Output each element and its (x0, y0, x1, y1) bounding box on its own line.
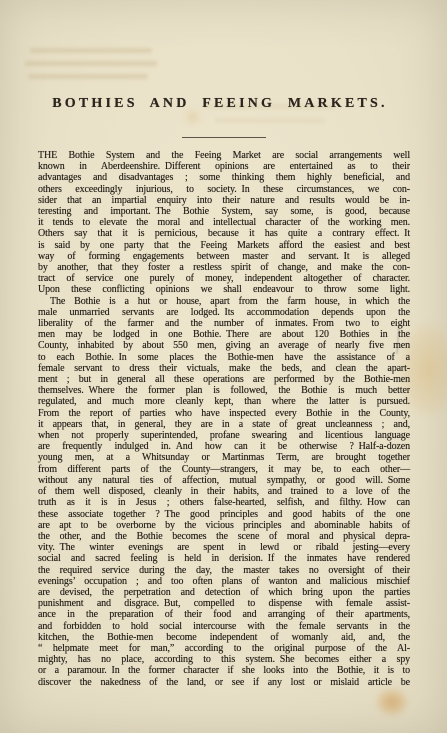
text-line: by another, that they foster a restless … (38, 262, 410, 273)
text-line: are apt to be overborne by the vicious p… (38, 520, 410, 531)
text-line: ment ; but in general all these operatio… (38, 374, 410, 385)
text-line: The Bothie is a hut or house, apart from… (38, 296, 410, 307)
text-line: truth as it is in Jesus ; others false-h… (38, 497, 410, 508)
text-line: without any natural ties of affection, m… (38, 475, 410, 486)
text-line: are frequently indulged in. And how can … (38, 441, 410, 452)
body-text: THE Bothie System and the Feeing Market … (38, 150, 410, 688)
text-line: regulated, and much more cleanly kept, t… (38, 396, 410, 407)
text-line: to each Bothie. In some places the Bothi… (38, 352, 410, 363)
text-line: vity. The winter evenings are spent in l… (38, 542, 410, 553)
paper-stain (184, 109, 201, 125)
text-line: of them well disposed, cleanly in their … (38, 486, 410, 497)
paragraph: THE Bothie System and the Feeing Market … (38, 150, 410, 296)
text-line: when not properly superintended, profane… (38, 430, 410, 441)
text-line: liberality of the farmer and the number … (38, 318, 410, 329)
bleedthrough-smudge (215, 118, 325, 123)
text-line: teresting and important. The Bothie Syst… (38, 206, 410, 217)
text-line: advantages and disadvantages ; some thin… (38, 172, 410, 183)
bleedthrough-smudge (25, 61, 157, 66)
text-line: Upon these conflicting opinions we shall… (38, 284, 410, 295)
text-line: social and sacred feeling is held in der… (38, 553, 410, 564)
text-line: and forbidden to hold social intercourse… (38, 621, 410, 632)
text-line: way of forming engagements between maste… (38, 251, 410, 262)
text-line: the required service during the day, the… (38, 565, 410, 576)
text-line: sider that an impartial enquiry into the… (38, 195, 410, 206)
scanned-page-background: BOTHIES AND FEEING MARKETS. THE Bothie S… (0, 0, 447, 733)
text-line: “ helpmate meet for man,” according to t… (38, 643, 410, 654)
text-line: kitchen, the Bothie-men become independe… (38, 632, 410, 643)
text-line: known in Aberdeenshire. Different opinio… (38, 161, 410, 172)
text-line: men may be lodged in one Bothie. There a… (38, 329, 410, 340)
bleedthrough-smudge (28, 74, 148, 79)
paper-stain (376, 688, 408, 716)
text-line: male unmarried servants are lodged. Its … (38, 307, 410, 318)
bleedthrough-smudge (30, 48, 152, 53)
text-line: discover the nakedness of the land, or s… (38, 677, 410, 688)
text-line: themselves. Where the former plan is fol… (38, 385, 410, 396)
text-line: it appears that, in general, they are in… (38, 419, 410, 430)
text-line: mighty, has no place, according to this … (38, 654, 410, 665)
text-line: punishment and disgrace. But, compelled … (38, 598, 410, 609)
text-line: Others say that it is pernicious, becaus… (38, 228, 410, 239)
text-line: ance in the preparation of their food an… (38, 609, 410, 620)
text-line: from different parts of the County—stran… (38, 464, 410, 475)
text-line: THE Bothie System and the Feeing Market … (38, 150, 410, 161)
text-line: are devised, the perpetration and detect… (38, 587, 410, 598)
text-line: the other, and the Bothie becomes the sc… (38, 531, 410, 542)
page-title: BOTHIES AND FEEING MARKETS. (30, 96, 410, 111)
paragraph: The Bothie is a hut or house, apart from… (38, 296, 410, 688)
text-line: or a paramour. In the former character i… (38, 665, 410, 676)
text-line: young men, at a Whitsunday or Martinmas … (38, 452, 410, 463)
text-line: From the report of parties who have insp… (38, 408, 410, 419)
text-line: it tends to elevate the moral and intell… (38, 217, 410, 228)
text-line: female servant to dress their victuals, … (38, 363, 410, 374)
text-line: County, inhabited by about 550 men, givi… (38, 340, 410, 351)
title-rule (182, 137, 266, 138)
text-line: evenings’ occupation ; and too often pla… (38, 576, 410, 587)
text-line: is said by one party that the Feeing Mar… (38, 240, 410, 251)
text-line: others exceedingly injurious, to society… (38, 184, 410, 195)
text-line: these associate together ? The good prin… (38, 509, 410, 520)
text-line: tract of service one purely of money, in… (38, 273, 410, 284)
